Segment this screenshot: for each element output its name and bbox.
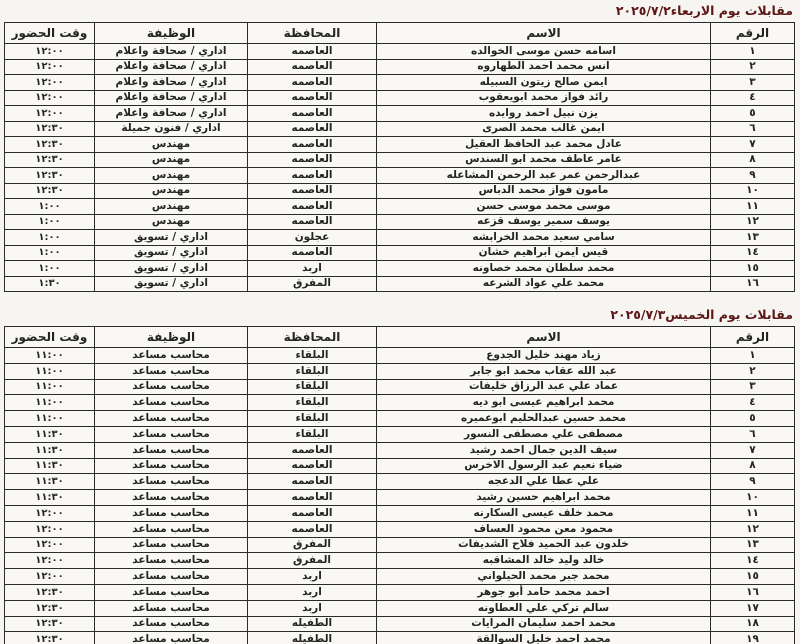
cell-time: ١٢:٠٠ — [5, 553, 95, 569]
cell-job: اداري / تسويق — [95, 245, 248, 261]
cell-job: محاسب مساعد — [95, 584, 248, 600]
cell-number: ٢ — [711, 59, 795, 75]
cell-governorate: العاصمه — [248, 90, 377, 106]
cell-number: ٢ — [711, 363, 795, 379]
table-row: ٢عبد الله عقاب محمد ابو جابرالبلقاءمحاسب… — [5, 363, 795, 379]
cell-time: ١١:٣٠ — [5, 442, 95, 458]
cell-name: محمد جبر محمد الحيلواني — [377, 569, 711, 585]
cell-time: ١:٠٠ — [5, 230, 95, 246]
cell-name: مامون فواز محمد الدباس — [377, 183, 711, 199]
cell-name: يوسف سمير يوسف قزعه — [377, 214, 711, 230]
col-header-job: الوظيفة — [95, 327, 248, 348]
table-row: ١٣سامي سعيد محمد الخرابشهعجلوناداري / تس… — [5, 230, 795, 246]
col-header-governorate: المحافظة — [248, 327, 377, 348]
cell-governorate: عجلون — [248, 230, 377, 246]
cell-job: اداري / صحافة واعلام — [95, 106, 248, 122]
cell-time: ١:٣٠ — [5, 276, 95, 292]
cell-job: مهندس — [95, 214, 248, 230]
cell-time: ١١:٣٠ — [5, 474, 95, 490]
table-row: ١٣خلدون عبد الحميد فلاح الشديفاتالمفرقمح… — [5, 537, 795, 553]
table-row: ٩عبدالرحمن عمر عبد الرحمن المشاعلهالعاصم… — [5, 168, 795, 184]
cell-name: محمد ابراهيم عيسى ابو ديه — [377, 395, 711, 411]
cell-name: موسى محمد موسى حسن — [377, 199, 711, 215]
cell-job: اداري / تسويق — [95, 261, 248, 277]
cell-job: اداري / تسويق — [95, 230, 248, 246]
cell-job: اداري / تسويق — [95, 276, 248, 292]
cell-number: ١٦ — [711, 276, 795, 292]
cell-time: ١٢:٠٠ — [5, 569, 95, 585]
cell-time: ١١:٠٠ — [5, 379, 95, 395]
cell-governorate: العاصمه — [248, 474, 377, 490]
cell-time: ١٢:٠٠ — [5, 521, 95, 537]
cell-governorate: المفرق — [248, 276, 377, 292]
table-row: ٦مصطفى علي مصطفى النسورالبلقاءمحاسب مساع… — [5, 426, 795, 442]
cell-time: ١٢:٣٠ — [5, 183, 95, 199]
cell-job: محاسب مساعد — [95, 411, 248, 427]
cell-governorate: البلقاء — [248, 426, 377, 442]
table-row: ٤محمد ابراهيم عيسى ابو ديهالبلقاءمحاسب م… — [5, 395, 795, 411]
col-header-time: وقت الحضور — [5, 23, 95, 44]
cell-job: محاسب مساعد — [95, 474, 248, 490]
cell-number: ٩ — [711, 168, 795, 184]
table-row: ١٥محمد سلطان محمد خصاونهاربداداري / تسوي… — [5, 261, 795, 277]
cell-time: ١٢:٠٠ — [5, 505, 95, 521]
cell-job: محاسب مساعد — [95, 616, 248, 632]
cell-time: ١:٠٠ — [5, 214, 95, 230]
cell-job: محاسب مساعد — [95, 426, 248, 442]
cell-number: ١٣ — [711, 537, 795, 553]
wednesday-schedule-table: الرقم الاسم المحافظة الوظيفة وقت الحضور … — [4, 22, 795, 292]
table-row: ١٥محمد جبر محمد الحيلوانياربدمحاسب مساعد… — [5, 569, 795, 585]
cell-governorate: اربد — [248, 584, 377, 600]
cell-job: محاسب مساعد — [95, 348, 248, 364]
table-header-row: الرقم الاسم المحافظة الوظيفة وقت الحضور — [5, 327, 795, 348]
cell-governorate: العاصمه — [248, 152, 377, 168]
cell-governorate: العاصمه — [248, 458, 377, 474]
cell-name: محمد علي عواد الشرعه — [377, 276, 711, 292]
cell-governorate: الطفيله — [248, 616, 377, 632]
table-row: ١٤قيس ايمن ابراهيم خشانالعاصمهاداري / تس… — [5, 245, 795, 261]
table-row: ٨عامر عاطف محمد ابو السندسالعاصمهمهندس١٢… — [5, 152, 795, 168]
cell-time: ١١:٠٠ — [5, 395, 95, 411]
cell-governorate: العاصمه — [248, 505, 377, 521]
cell-time: ١١:٣٠ — [5, 458, 95, 474]
table-header-row: الرقم الاسم المحافظة الوظيفة وقت الحضور — [5, 23, 795, 44]
table-row: ١٧سالم تركي علي العطاونهاربدمحاسب مساعد١… — [5, 600, 795, 616]
cell-name: عبد الله عقاب محمد ابو جابر — [377, 363, 711, 379]
cell-time: ١٢:٣٠ — [5, 137, 95, 153]
cell-governorate: البلقاء — [248, 379, 377, 395]
cell-time: ١٢:٠٠ — [5, 537, 95, 553]
cell-number: ٧ — [711, 137, 795, 153]
cell-number: ٨ — [711, 458, 795, 474]
table-row: ٧سيف الدين جمال احمد رشيدالعاصمهمحاسب مس… — [5, 442, 795, 458]
cell-number: ٨ — [711, 152, 795, 168]
cell-governorate: العاصمه — [248, 75, 377, 91]
cell-time: ١٢:٠٠ — [5, 106, 95, 122]
cell-name: محمد احمد سليمان المرايات — [377, 616, 711, 632]
table-row: ٨ضياء نعيم عبد الرسول الاخرسالعاصمهمحاسب… — [5, 458, 795, 474]
table-body: ١زياد مهند خليل الجدوعالبلقاءمحاسب مساعد… — [5, 348, 795, 644]
cell-governorate: البلقاء — [248, 348, 377, 364]
cell-number: ٥ — [711, 106, 795, 122]
col-header-name: الاسم — [377, 327, 711, 348]
cell-number: ١٣ — [711, 230, 795, 246]
table-row: ١٢يوسف سمير يوسف قزعهالعاصمهمهندس١:٠٠ — [5, 214, 795, 230]
cell-time: ١٢:٠٠ — [5, 59, 95, 75]
cell-job: اداري / فنون جميلة — [95, 121, 248, 137]
cell-name: سامي سعيد محمد الخرابشه — [377, 230, 711, 246]
cell-name: محمد احمد خليل السوالقة — [377, 632, 711, 644]
table-row: ١٠مامون فواز محمد الدباسالعاصمهمهندس١٢:٣… — [5, 183, 795, 199]
cell-name: انس محمد احمد الطهاروه — [377, 59, 711, 75]
cell-name: عادل محمد عبد الحافظ العقيل — [377, 137, 711, 153]
cell-number: ١٧ — [711, 600, 795, 616]
cell-number: ١ — [711, 44, 795, 60]
cell-time: ١٢:٣٠ — [5, 121, 95, 137]
cell-name: ايمن غالب محمد الصرى — [377, 121, 711, 137]
cell-number: ٥ — [711, 411, 795, 427]
cell-governorate: الطفيله — [248, 632, 377, 644]
cell-job: محاسب مساعد — [95, 632, 248, 644]
cell-name: رائد فواز محمد ابويعقوب — [377, 90, 711, 106]
cell-time: ١:٠٠ — [5, 261, 95, 277]
cell-job: محاسب مساعد — [95, 442, 248, 458]
table-body: ١اسامه حسن موسى الخوالدهالعاصمهاداري / ص… — [5, 44, 795, 292]
cell-job: محاسب مساعد — [95, 458, 248, 474]
cell-name: ايمن صالح زيتون السبيله — [377, 75, 711, 91]
table-row: ٣ايمن صالح زيتون السبيلهالعاصمهاداري / ص… — [5, 75, 795, 91]
cell-name: اسامه حسن موسى الخوالده — [377, 44, 711, 60]
cell-time: ١٢:٣٠ — [5, 632, 95, 644]
cell-number: ١٢ — [711, 521, 795, 537]
cell-number: ٦ — [711, 121, 795, 137]
table-row: ١١موسى محمد موسى حسنالعاصمهمهندس١:٠٠ — [5, 199, 795, 215]
cell-time: ١٢:٠٠ — [5, 90, 95, 106]
cell-governorate: العاصمه — [248, 183, 377, 199]
table-row: ١٤خالد وليد خالد المشاقبهالمفرقمحاسب مسا… — [5, 553, 795, 569]
cell-time: ١٢:٣٠ — [5, 600, 95, 616]
cell-name: سيف الدين جمال احمد رشيد — [377, 442, 711, 458]
table-row: ١٩محمد احمد خليل السوالقةالطفيلهمحاسب مس… — [5, 632, 795, 644]
cell-time: ١١:٣٠ — [5, 426, 95, 442]
thursday-schedule-section: مقابلات يوم الخميس٢٠٢٥/٧/٣ الرقم الاسم ا… — [5, 306, 795, 644]
cell-name: محمد خلف عيسى السكارنه — [377, 505, 711, 521]
cell-number: ٩ — [711, 474, 795, 490]
cell-job: محاسب مساعد — [95, 521, 248, 537]
cell-number: ١٢ — [711, 214, 795, 230]
cell-number: ١٤ — [711, 553, 795, 569]
cell-number: ١٠ — [711, 490, 795, 506]
cell-time: ١١:٠٠ — [5, 411, 95, 427]
cell-name: مصطفى علي مصطفى النسور — [377, 426, 711, 442]
cell-governorate: العاصمه — [248, 44, 377, 60]
wednesday-schedule-section: مقابلات يوم الاربعاء٢٠٢٥/٧/٢ الرقم الاسم… — [5, 2, 795, 292]
cell-time: ١:٠٠ — [5, 199, 95, 215]
cell-governorate: اربد — [248, 261, 377, 277]
cell-governorate: العاصمه — [248, 106, 377, 122]
cell-number: ٧ — [711, 442, 795, 458]
table-row: ١١محمد خلف عيسى السكارنهالعاصمهمحاسب مسا… — [5, 505, 795, 521]
cell-time: ١١:٣٠ — [5, 490, 95, 506]
cell-job: محاسب مساعد — [95, 600, 248, 616]
cell-job: محاسب مساعد — [95, 537, 248, 553]
cell-job: مهندس — [95, 137, 248, 153]
cell-number: ١٩ — [711, 632, 795, 644]
cell-governorate: العاصمه — [248, 168, 377, 184]
table-row: ٩علي عطا علي الدعجهالعاصمهمحاسب مساعد١١:… — [5, 474, 795, 490]
table-row: ٧عادل محمد عبد الحافظ العقيلالعاصمهمهندس… — [5, 137, 795, 153]
cell-number: ١١ — [711, 199, 795, 215]
cell-time: ١:٠٠ — [5, 245, 95, 261]
cell-job: مهندس — [95, 183, 248, 199]
cell-name: سالم تركي علي العطاونه — [377, 600, 711, 616]
cell-time: ١٢:٣٠ — [5, 584, 95, 600]
cell-job: اداري / صحافة واعلام — [95, 90, 248, 106]
table-row: ١٢محمود معن محمود العسافالعاصمهمحاسب مسا… — [5, 521, 795, 537]
cell-number: ٦ — [711, 426, 795, 442]
table-row: ١اسامه حسن موسى الخوالدهالعاصمهاداري / ص… — [5, 44, 795, 60]
table-row: ٢انس محمد احمد الطهاروهالعاصمهاداري / صح… — [5, 59, 795, 75]
cell-number: ٣ — [711, 379, 795, 395]
cell-number: ١٥ — [711, 261, 795, 277]
col-header-time: وقت الحضور — [5, 327, 95, 348]
cell-number: ١٥ — [711, 569, 795, 585]
cell-name: محمد ابراهيم حسين رشيد — [377, 490, 711, 506]
cell-time: ١٢:٣٠ — [5, 152, 95, 168]
col-header-job: الوظيفة — [95, 23, 248, 44]
cell-governorate: العاصمه — [248, 199, 377, 215]
cell-job: محاسب مساعد — [95, 505, 248, 521]
cell-name: محمود معن محمود العساف — [377, 521, 711, 537]
schedule-title-wednesday: مقابلات يوم الاربعاء٢٠٢٥/٧/٢ — [5, 2, 795, 22]
thursday-schedule-table: الرقم الاسم المحافظة الوظيفة وقت الحضور … — [4, 326, 795, 644]
cell-number: ١٦ — [711, 584, 795, 600]
col-header-number: الرقم — [711, 327, 795, 348]
cell-job: محاسب مساعد — [95, 363, 248, 379]
cell-name: عبدالرحمن عمر عبد الرحمن المشاعله — [377, 168, 711, 184]
cell-number: ٣ — [711, 75, 795, 91]
cell-time: ١٢:٠٠ — [5, 44, 95, 60]
table-row: ١٦احمد محمد حامد أبو جوهراربدمحاسب مساعد… — [5, 584, 795, 600]
cell-job: مهندس — [95, 199, 248, 215]
cell-governorate: المفرق — [248, 537, 377, 553]
cell-time: ١٢:٠٠ — [5, 75, 95, 91]
cell-time: ١١:٠٠ — [5, 348, 95, 364]
cell-job: محاسب مساعد — [95, 569, 248, 585]
table-row: ١٠محمد ابراهيم حسين رشيدالعاصمهمحاسب مسا… — [5, 490, 795, 506]
cell-time: ١٢:٣٠ — [5, 168, 95, 184]
cell-governorate: العاصمه — [248, 245, 377, 261]
table-row: ٦ايمن غالب محمد الصرىالعاصمهاداري / فنون… — [5, 121, 795, 137]
cell-governorate: اربد — [248, 569, 377, 585]
col-header-number: الرقم — [711, 23, 795, 44]
cell-job: محاسب مساعد — [95, 490, 248, 506]
cell-job: اداري / صحافة واعلام — [95, 75, 248, 91]
cell-name: زياد مهند خليل الجدوع — [377, 348, 711, 364]
cell-number: ١ — [711, 348, 795, 364]
cell-time: ١١:٠٠ — [5, 363, 95, 379]
cell-job: اداري / صحافة واعلام — [95, 59, 248, 75]
cell-name: خلدون عبد الحميد فلاح الشديفات — [377, 537, 711, 553]
cell-governorate: البلقاء — [248, 411, 377, 427]
cell-job: مهندس — [95, 152, 248, 168]
cell-job: مهندس — [95, 168, 248, 184]
cell-governorate: البلقاء — [248, 363, 377, 379]
cell-name: قيس ايمن ابراهيم خشان — [377, 245, 711, 261]
cell-name: علي عطا علي الدعجه — [377, 474, 711, 490]
cell-governorate: اربد — [248, 600, 377, 616]
cell-time: ١٢:٣٠ — [5, 616, 95, 632]
cell-job: محاسب مساعد — [95, 553, 248, 569]
col-header-governorate: المحافظة — [248, 23, 377, 44]
table-row: ٤رائد فواز محمد ابويعقوبالعاصمهاداري / ص… — [5, 90, 795, 106]
cell-name: محمد سلطان محمد خصاونه — [377, 261, 711, 277]
schedule-title-thursday: مقابلات يوم الخميس٢٠٢٥/٧/٣ — [5, 306, 795, 326]
cell-name: عامر عاطف محمد ابو السندس — [377, 152, 711, 168]
table-row: ١٦محمد علي عواد الشرعهالمفرقاداري / تسوي… — [5, 276, 795, 292]
cell-governorate: العاصمه — [248, 490, 377, 506]
cell-job: اداري / صحافة واعلام — [95, 44, 248, 60]
table-row: ٣عماد علي عبد الرزاق خليفاتالبلقاءمحاسب … — [5, 379, 795, 395]
cell-governorate: العاصمه — [248, 121, 377, 137]
cell-name: يزن نبيل احمد روايده — [377, 106, 711, 122]
col-header-name: الاسم — [377, 23, 711, 44]
cell-name: خالد وليد خالد المشاقبه — [377, 553, 711, 569]
cell-governorate: العاصمه — [248, 214, 377, 230]
cell-name: احمد محمد حامد أبو جوهر — [377, 584, 711, 600]
cell-governorate: البلقاء — [248, 395, 377, 411]
cell-name: ضياء نعيم عبد الرسول الاخرس — [377, 458, 711, 474]
cell-number: ١٨ — [711, 616, 795, 632]
cell-job: محاسب مساعد — [95, 395, 248, 411]
cell-number: ١٠ — [711, 183, 795, 199]
cell-number: ١٤ — [711, 245, 795, 261]
table-row: ٥محمد حسين عبدالحليم ابوعميرهالبلقاءمحاس… — [5, 411, 795, 427]
cell-governorate: المفرق — [248, 553, 377, 569]
table-row: ٥يزن نبيل احمد روايدهالعاصمهاداري / صحاف… — [5, 106, 795, 122]
table-row: ١٨محمد احمد سليمان المراياتالطفيلهمحاسب … — [5, 616, 795, 632]
cell-governorate: العاصمه — [248, 521, 377, 537]
cell-number: ٤ — [711, 90, 795, 106]
cell-governorate: العاصمه — [248, 137, 377, 153]
cell-name: محمد حسين عبدالحليم ابوعميره — [377, 411, 711, 427]
cell-name: عماد علي عبد الرزاق خليفات — [377, 379, 711, 395]
cell-number: ١١ — [711, 505, 795, 521]
cell-governorate: العاصمه — [248, 59, 377, 75]
cell-governorate: العاصمه — [248, 442, 377, 458]
table-row: ١زياد مهند خليل الجدوعالبلقاءمحاسب مساعد… — [5, 348, 795, 364]
scanned-schedule-document: مقابلات يوم الاربعاء٢٠٢٥/٧/٢ الرقم الاسم… — [0, 0, 800, 644]
cell-number: ٤ — [711, 395, 795, 411]
cell-job: محاسب مساعد — [95, 379, 248, 395]
